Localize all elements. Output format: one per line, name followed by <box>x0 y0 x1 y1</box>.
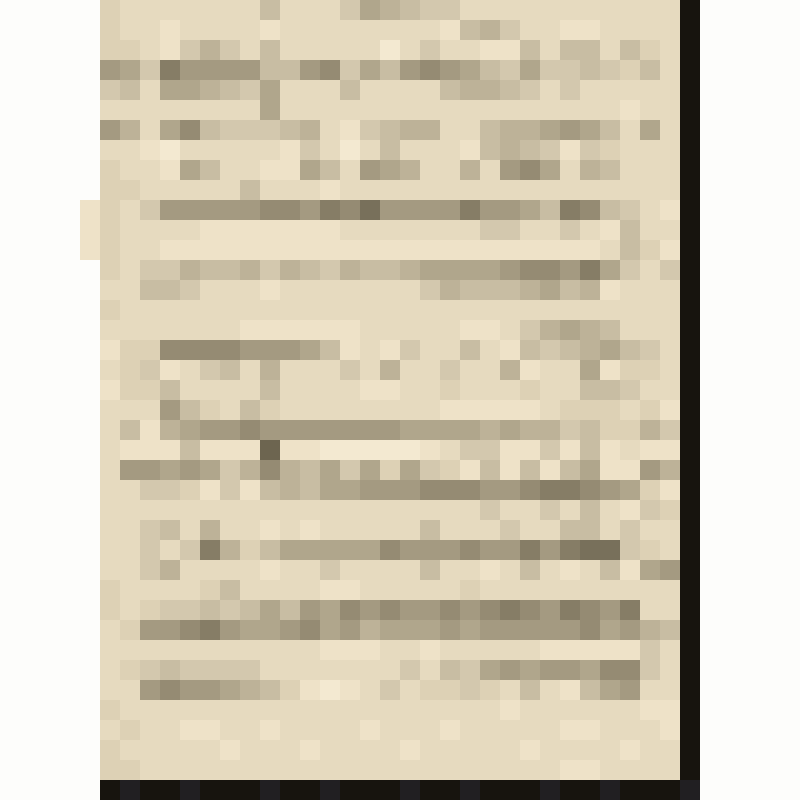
mosaic-cell <box>60 400 80 420</box>
mosaic-cell <box>600 460 620 480</box>
mosaic-cell <box>780 780 800 800</box>
mosaic-cell <box>740 620 760 640</box>
mosaic-cell <box>180 40 200 60</box>
mosaic-cell <box>360 540 380 560</box>
mosaic-cell <box>780 240 800 260</box>
mosaic-cell <box>80 40 100 60</box>
mosaic-cell <box>260 540 280 560</box>
mosaic-cell <box>720 300 740 320</box>
mosaic-cell <box>600 220 620 240</box>
mosaic-cell <box>160 340 180 360</box>
mosaic-cell <box>20 180 40 200</box>
mosaic-cell <box>180 480 200 500</box>
mosaic-cell <box>660 480 680 500</box>
mosaic-cell <box>320 300 340 320</box>
mosaic-cell <box>140 520 160 540</box>
mosaic-cell <box>240 380 260 400</box>
mosaic-cell <box>240 180 260 200</box>
mosaic-cell <box>720 280 740 300</box>
mosaic-cell <box>200 240 220 260</box>
mosaic-cell <box>100 400 120 420</box>
mosaic-cell <box>60 480 80 500</box>
mosaic-cell <box>580 740 600 760</box>
mosaic-cell <box>380 680 400 700</box>
mosaic-cell <box>460 340 480 360</box>
mosaic-cell <box>20 260 40 280</box>
mosaic-cell <box>620 320 640 340</box>
mosaic-cell <box>100 120 120 140</box>
mosaic-cell <box>200 180 220 200</box>
mosaic-cell <box>680 100 700 120</box>
mosaic-cell <box>700 140 720 160</box>
mosaic-cell <box>200 100 220 120</box>
mosaic-cell <box>120 80 140 100</box>
mosaic-cell <box>600 100 620 120</box>
mosaic-cell <box>60 220 80 240</box>
mosaic-cell <box>740 320 760 340</box>
mosaic-cell <box>380 420 400 440</box>
mosaic-cell <box>300 500 320 520</box>
mosaic-cell <box>100 140 120 160</box>
mosaic-cell <box>760 320 780 340</box>
mosaic-cell <box>680 580 700 600</box>
mosaic-cell <box>360 200 380 220</box>
mosaic-cell <box>620 660 640 680</box>
mosaic-cell <box>160 480 180 500</box>
mosaic-cell <box>640 200 660 220</box>
mosaic-cell <box>40 360 60 380</box>
mosaic-cell <box>240 120 260 140</box>
mosaic-cell <box>640 420 660 440</box>
mosaic-cell <box>380 60 400 80</box>
mosaic-cell <box>600 780 620 800</box>
mosaic-cell <box>500 460 520 480</box>
mosaic-cell <box>80 780 100 800</box>
mosaic-cell <box>360 560 380 580</box>
mosaic-cell <box>20 480 40 500</box>
mosaic-cell <box>520 660 540 680</box>
mosaic-cell <box>660 620 680 640</box>
mosaic-cell <box>480 780 500 800</box>
mosaic-cell <box>120 160 140 180</box>
mosaic-cell <box>500 100 520 120</box>
mosaic-cell <box>200 360 220 380</box>
mosaic-cell <box>20 720 40 740</box>
mosaic-cell <box>0 300 20 320</box>
mosaic-cell <box>60 380 80 400</box>
mosaic-cell <box>720 420 740 440</box>
mosaic-cell <box>780 20 800 40</box>
mosaic-cell <box>160 580 180 600</box>
mosaic-cell <box>0 460 20 480</box>
mosaic-cell <box>200 460 220 480</box>
mosaic-cell <box>660 420 680 440</box>
mosaic-cell <box>580 640 600 660</box>
mosaic-cell <box>200 780 220 800</box>
mosaic-cell <box>280 380 300 400</box>
mosaic-cell <box>520 380 540 400</box>
mosaic-cell <box>320 500 340 520</box>
mosaic-cell <box>120 440 140 460</box>
mosaic-cell <box>100 500 120 520</box>
mosaic-cell <box>180 760 200 780</box>
mosaic-cell <box>480 720 500 740</box>
mosaic-cell <box>360 300 380 320</box>
mosaic-cell <box>700 340 720 360</box>
mosaic-cell <box>400 740 420 760</box>
mosaic-cell <box>360 220 380 240</box>
mosaic-cell <box>460 440 480 460</box>
mosaic-cell <box>140 780 160 800</box>
mosaic-cell <box>100 320 120 340</box>
mosaic-cell <box>740 700 760 720</box>
mosaic-cell <box>40 580 60 600</box>
mosaic-cell <box>40 20 60 40</box>
mosaic-cell <box>440 280 460 300</box>
mosaic-cell <box>680 740 700 760</box>
mosaic-cell <box>780 200 800 220</box>
mosaic-cell <box>200 420 220 440</box>
mosaic-cell <box>20 100 40 120</box>
mosaic-cell <box>360 760 380 780</box>
mosaic-cell <box>120 360 140 380</box>
mosaic-cell <box>440 380 460 400</box>
mosaic-cell <box>60 180 80 200</box>
mosaic-cell <box>700 0 720 20</box>
mosaic-cell <box>160 200 180 220</box>
mosaic-cell <box>380 280 400 300</box>
mosaic-cell <box>320 660 340 680</box>
mosaic-cell <box>20 400 40 420</box>
mosaic-cell <box>780 300 800 320</box>
mosaic-cell <box>300 340 320 360</box>
mosaic-cell <box>260 60 280 80</box>
mosaic-cell <box>280 0 300 20</box>
mosaic-cell <box>580 540 600 560</box>
mosaic-cell <box>180 240 200 260</box>
mosaic-cell <box>180 440 200 460</box>
mosaic-cell <box>740 20 760 40</box>
mosaic-cell <box>500 740 520 760</box>
mosaic-cell <box>780 40 800 60</box>
mosaic-cell <box>160 240 180 260</box>
mosaic-cell <box>340 760 360 780</box>
mosaic-cell <box>340 140 360 160</box>
mosaic-cell <box>540 320 560 340</box>
mosaic-cell <box>180 200 200 220</box>
mosaic-cell <box>60 120 80 140</box>
mosaic-cell <box>120 100 140 120</box>
mosaic-cell <box>140 500 160 520</box>
mosaic-cell <box>660 780 680 800</box>
mosaic-cell <box>220 60 240 80</box>
mosaic-cell <box>240 0 260 20</box>
mosaic-cell <box>0 120 20 140</box>
mosaic-cell <box>760 400 780 420</box>
mosaic-cell <box>220 540 240 560</box>
mosaic-cell <box>0 480 20 500</box>
mosaic-cell <box>20 120 40 140</box>
mosaic-cell <box>760 580 780 600</box>
mosaic-cell <box>600 680 620 700</box>
mosaic-cell <box>0 380 20 400</box>
mosaic-cell <box>120 120 140 140</box>
mosaic-cell <box>140 400 160 420</box>
mosaic-cell <box>60 640 80 660</box>
mosaic-cell <box>20 740 40 760</box>
mosaic-cell <box>600 320 620 340</box>
mosaic-cell <box>700 660 720 680</box>
mosaic-cell <box>340 60 360 80</box>
mosaic-cell <box>400 600 420 620</box>
mosaic-cell <box>200 220 220 240</box>
mosaic-cell <box>280 280 300 300</box>
mosaic-cell <box>100 240 120 260</box>
mosaic-cell <box>140 320 160 340</box>
mosaic-cell <box>200 660 220 680</box>
mosaic-cell <box>460 680 480 700</box>
mosaic-cell <box>560 540 580 560</box>
mosaic-cell <box>760 380 780 400</box>
mosaic-cell <box>260 100 280 120</box>
mosaic-cell <box>260 200 280 220</box>
mosaic-cell <box>600 720 620 740</box>
mosaic-cell <box>0 520 20 540</box>
mosaic-cell <box>180 220 200 240</box>
mosaic-cell <box>760 140 780 160</box>
mosaic-cell <box>280 720 300 740</box>
mosaic-cell <box>540 540 560 560</box>
mosaic-cell <box>140 620 160 640</box>
mosaic-cell <box>740 260 760 280</box>
mosaic-cell <box>80 620 100 640</box>
mosaic-cell <box>540 400 560 420</box>
mosaic-cell <box>620 640 640 660</box>
mosaic-cell <box>400 440 420 460</box>
mosaic-cell <box>300 60 320 80</box>
mosaic-cell <box>460 40 480 60</box>
mosaic-cell <box>80 540 100 560</box>
mosaic-cell <box>760 780 780 800</box>
mosaic-cell <box>520 460 540 480</box>
mosaic-cell <box>420 160 440 180</box>
mosaic-cell <box>660 680 680 700</box>
mosaic-cell <box>280 560 300 580</box>
mosaic-cell <box>640 360 660 380</box>
mosaic-cell <box>80 120 100 140</box>
mosaic-cell <box>680 680 700 700</box>
mosaic-cell <box>520 760 540 780</box>
mosaic-cell <box>20 520 40 540</box>
mosaic-cell <box>60 100 80 120</box>
mosaic-cell <box>240 420 260 440</box>
mosaic-cell <box>120 460 140 480</box>
mosaic-cell <box>180 60 200 80</box>
mosaic-cell <box>300 700 320 720</box>
mosaic-cell <box>460 500 480 520</box>
mosaic-cell <box>720 540 740 560</box>
mosaic-cell <box>100 580 120 600</box>
mosaic-cell <box>340 680 360 700</box>
mosaic-cell <box>500 660 520 680</box>
mosaic-cell <box>140 60 160 80</box>
mosaic-cell <box>140 760 160 780</box>
mosaic-cell <box>300 260 320 280</box>
mosaic-cell <box>340 440 360 460</box>
mosaic-cell <box>780 320 800 340</box>
mosaic-cell <box>640 640 660 660</box>
mosaic-cell <box>460 360 480 380</box>
mosaic-cell <box>780 400 800 420</box>
mosaic-cell <box>720 720 740 740</box>
mosaic-cell <box>180 640 200 660</box>
mosaic-cell <box>40 560 60 580</box>
mosaic-cell <box>180 80 200 100</box>
mosaic-cell <box>260 320 280 340</box>
mosaic-cell <box>120 620 140 640</box>
mosaic-cell <box>460 100 480 120</box>
mosaic-cell <box>80 580 100 600</box>
mosaic-cell <box>400 700 420 720</box>
mosaic-cell <box>120 220 140 240</box>
mosaic-cell <box>280 740 300 760</box>
mosaic-cell <box>300 420 320 440</box>
mosaic-cell <box>680 60 700 80</box>
mosaic-cell <box>340 80 360 100</box>
mosaic-cell <box>540 520 560 540</box>
mosaic-cell <box>40 160 60 180</box>
mosaic-cell <box>400 400 420 420</box>
mosaic-cell <box>560 200 580 220</box>
mosaic-cell <box>20 300 40 320</box>
mosaic-cell <box>720 120 740 140</box>
pixelated-manuscript-photo <box>0 0 800 800</box>
mosaic-cell <box>160 720 180 740</box>
mosaic-cell <box>160 400 180 420</box>
mosaic-cell <box>740 100 760 120</box>
mosaic-cell <box>320 220 340 240</box>
mosaic-cell <box>40 720 60 740</box>
mosaic-cell <box>480 340 500 360</box>
mosaic-cell <box>100 660 120 680</box>
mosaic-cell <box>640 580 660 600</box>
mosaic-cell <box>60 760 80 780</box>
mosaic-cell <box>320 540 340 560</box>
mosaic-cell <box>380 40 400 60</box>
mosaic-cell <box>460 700 480 720</box>
mosaic-cell <box>440 500 460 520</box>
mosaic-cell <box>580 60 600 80</box>
mosaic-cell <box>460 60 480 80</box>
mosaic-cell <box>540 280 560 300</box>
mosaic-cell <box>720 160 740 180</box>
mosaic-cell <box>240 540 260 560</box>
mosaic-cell <box>440 700 460 720</box>
mosaic-cell <box>260 720 280 740</box>
mosaic-cell <box>120 400 140 420</box>
mosaic-cell <box>420 220 440 240</box>
mosaic-cell <box>160 640 180 660</box>
mosaic-cell <box>300 620 320 640</box>
mosaic-cell <box>760 600 780 620</box>
mosaic-cell <box>580 40 600 60</box>
mosaic-cell <box>560 240 580 260</box>
mosaic-cell <box>120 340 140 360</box>
mosaic-cell <box>360 440 380 460</box>
mosaic-cell <box>120 240 140 260</box>
mosaic-cell <box>500 780 520 800</box>
mosaic-cell <box>40 400 60 420</box>
mosaic-cell <box>740 240 760 260</box>
mosaic-cell <box>280 100 300 120</box>
mosaic-cell <box>40 540 60 560</box>
mosaic-cell <box>380 620 400 640</box>
mosaic-cell <box>120 0 140 20</box>
mosaic-cell <box>300 520 320 540</box>
mosaic-cell <box>640 400 660 420</box>
mosaic-cell <box>200 480 220 500</box>
mosaic-cell <box>460 200 480 220</box>
mosaic-cell <box>0 600 20 620</box>
mosaic-cell <box>760 80 780 100</box>
mosaic-cell <box>0 440 20 460</box>
mosaic-cell <box>300 560 320 580</box>
mosaic-cell <box>320 760 340 780</box>
mosaic-cell <box>520 120 540 140</box>
mosaic-cell <box>380 160 400 180</box>
mosaic-cell <box>780 600 800 620</box>
mosaic-cell <box>620 80 640 100</box>
mosaic-cell <box>260 580 280 600</box>
mosaic-cell <box>640 100 660 120</box>
mosaic-cell <box>580 720 600 740</box>
mosaic-cell <box>620 520 640 540</box>
mosaic-cell <box>380 600 400 620</box>
mosaic-cell <box>760 720 780 740</box>
mosaic-cell <box>680 700 700 720</box>
mosaic-cell <box>0 740 20 760</box>
mosaic-cell <box>720 200 740 220</box>
mosaic-cell <box>140 260 160 280</box>
mosaic-cell <box>520 740 540 760</box>
mosaic-cell <box>600 40 620 60</box>
mosaic-cell <box>300 720 320 740</box>
mosaic-cell <box>500 640 520 660</box>
mosaic-cell <box>780 560 800 580</box>
mosaic-cell <box>580 460 600 480</box>
mosaic-cell <box>80 200 100 220</box>
mosaic-cell <box>700 740 720 760</box>
mosaic-cell <box>460 140 480 160</box>
mosaic-cell <box>100 340 120 360</box>
mosaic-cell <box>40 200 60 220</box>
mosaic-cell <box>780 660 800 680</box>
mosaic-cell <box>460 80 480 100</box>
mosaic-cell <box>380 340 400 360</box>
mosaic-cell <box>500 40 520 60</box>
mosaic-cell <box>140 600 160 620</box>
mosaic-cell <box>340 500 360 520</box>
mosaic-cell <box>580 660 600 680</box>
mosaic-cell <box>640 180 660 200</box>
mosaic-cell <box>360 420 380 440</box>
mosaic-cell <box>440 460 460 480</box>
mosaic-cell <box>200 560 220 580</box>
mosaic-cell <box>240 400 260 420</box>
mosaic-cell <box>420 80 440 100</box>
mosaic-cell <box>100 780 120 800</box>
mosaic-cell <box>260 420 280 440</box>
